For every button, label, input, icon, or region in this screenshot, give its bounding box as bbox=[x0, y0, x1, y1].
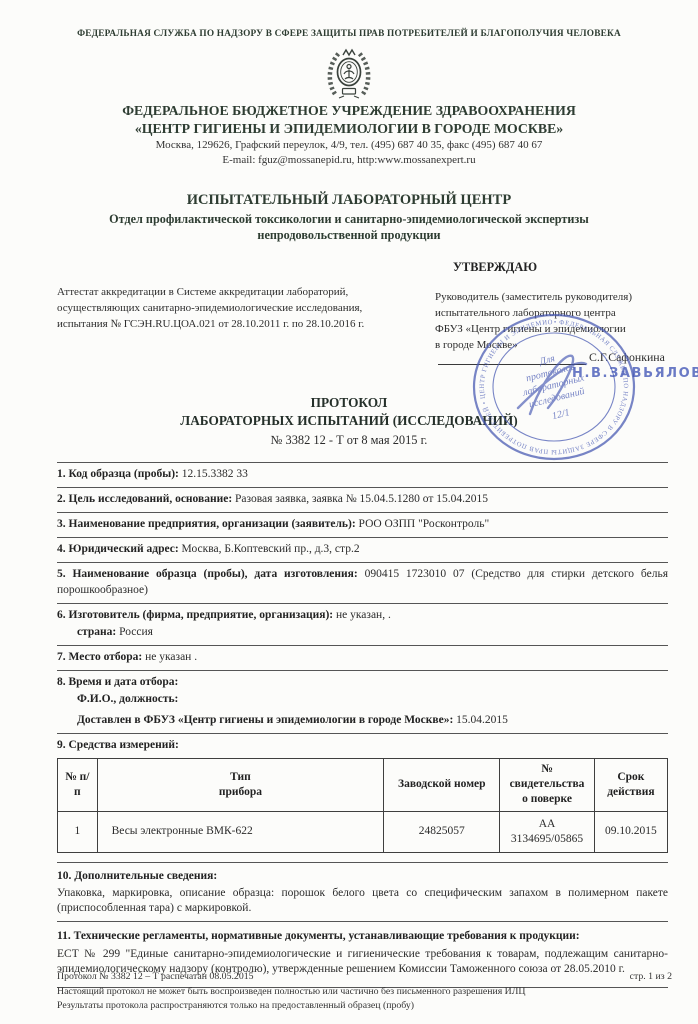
item-1-sample-code: 1. Код образца (пробы): 12.15.3382 33 bbox=[57, 463, 668, 488]
cell-serial: 24825057 bbox=[384, 811, 500, 852]
cell-certificate: АА 3134695/05865 bbox=[500, 811, 595, 852]
dept-line2: непродовольственной продукции bbox=[0, 227, 698, 243]
item-4-value: Москва, Б.Коптевский пр., д.3, стр.2 bbox=[182, 543, 360, 555]
accreditation-line1: Аттестат аккредитации в Системе аккредит… bbox=[57, 285, 409, 301]
item-6-label: 6. Изготовитель (фирма, предприятие, орг… bbox=[57, 609, 333, 621]
item-5-label: 5. Наименование образца (пробы), дата из… bbox=[57, 568, 358, 580]
accreditation-block: Аттестат аккредитации в Системе аккредит… bbox=[57, 285, 409, 354]
protocol-body: 1. Код образца (пробы): 12.15.3382 33 2.… bbox=[57, 462, 668, 988]
item-3-label: 3. Наименование предприятия, организации… bbox=[57, 518, 356, 530]
item-1-value: 12.15.3382 33 bbox=[182, 468, 248, 480]
footer-disclaimer-line1: Настоящий протокол не может быть воспрои… bbox=[57, 985, 672, 1000]
facsimile-name-overlay: Н.В.ЗАВЬЯЛОВ bbox=[572, 366, 698, 381]
item-3-value: РОО ОЗПП "Росконтроль" bbox=[359, 518, 490, 530]
item-9-instruments: 9. Средства измерений: № п/п Тип прибора… bbox=[57, 734, 668, 862]
item-6-manufacturer: 6. Изготовитель (фирма, предприятие, орг… bbox=[57, 604, 668, 646]
item-2-value: Разовая заявка, заявка № 15.04.5.1280 от… bbox=[235, 493, 488, 505]
col-header-validity: Срок действия bbox=[594, 758, 667, 811]
protocol-title-line1: ПРОТОКОЛ bbox=[0, 394, 698, 412]
org-email: E-mail: fguz@mossanepid.ru, http:www.mos… bbox=[0, 153, 698, 168]
item-2-purpose: 2. Цель исследований, основание: Разовая… bbox=[57, 488, 668, 513]
item-8-sampling-time: 8. Время и дата отбора: Ф.И.О., должност… bbox=[57, 671, 668, 734]
instruments-table-row: 1 Весы электронные ВМК-622 24825057 АА 3… bbox=[58, 811, 668, 852]
approval-line1: Руководитель (заместитель руководителя) bbox=[435, 290, 670, 306]
item-7-value: не указан . bbox=[145, 651, 197, 663]
footer-page-number: стр. 1 из 2 bbox=[630, 970, 672, 985]
col-header-num: № п/п bbox=[58, 758, 98, 811]
approval-line3: ФБУЗ «Центр гигиены и эпидемиологии bbox=[435, 322, 670, 338]
org-name-line2: «ЦЕНТР ГИГИЕНЫ И ЭПИДЕМИОЛОГИИ В ГОРОДЕ … bbox=[0, 120, 698, 138]
approval-line2: испытательного лабораторного центра bbox=[435, 306, 670, 322]
emblem-container bbox=[0, 44, 698, 102]
item-1-label: 1. Код образца (пробы): bbox=[57, 468, 179, 480]
item-3-applicant: 3. Наименование предприятия, организации… bbox=[57, 513, 668, 538]
accreditation-line3: испытания № ГСЭН.RU.ЦОА.021 от 28.10.201… bbox=[57, 317, 409, 333]
item-7-sampling-place: 7. Место отбора: не указан . bbox=[57, 646, 668, 671]
org-address: Москва, 129626, Графский переулок, 4/9, … bbox=[0, 138, 698, 153]
col-header-serial: Заводской номер bbox=[384, 758, 500, 811]
signature-line bbox=[438, 364, 586, 365]
item-2-label: 2. Цель исследований, основание: bbox=[57, 493, 232, 505]
protocol-title-block: ПРОТОКОЛ ЛАБОРАТОРНЫХ ИСПЫТАНИЙ (ИССЛЕДО… bbox=[0, 394, 698, 449]
approval-block: УТВЕРЖДАЮ Руководитель (заместитель руко… bbox=[435, 259, 670, 354]
cell-validity: 09.10.2015 bbox=[594, 811, 667, 852]
accreditation-line2: осуществляющих санитарно-эпидемиологичес… bbox=[57, 301, 409, 317]
cell-device-type: Весы электронные ВМК-622 bbox=[97, 811, 384, 852]
instruments-table: № п/п Тип прибора Заводской номер № свид… bbox=[57, 758, 668, 853]
department-subtitle: Отдел профилактической токсикологии и са… bbox=[0, 211, 698, 244]
item-9-label: 9. Средства измерений: bbox=[57, 739, 179, 751]
footer-printed-line: Протокол № 3382 12 – Т распечатан 08.05.… bbox=[57, 970, 254, 985]
item-7-label: 7. Место отбора: bbox=[57, 651, 142, 663]
item-6-country-label: страна: bbox=[77, 626, 116, 638]
approve-header: УТВЕРЖДАЮ bbox=[453, 259, 670, 277]
col-header-device-type: Тип прибора bbox=[97, 758, 384, 811]
page-footer: Протокол № 3382 12 – Т распечатан 08.05.… bbox=[57, 970, 672, 1014]
item-10-text: Упаковка, маркировка, описание образца: … bbox=[57, 886, 668, 916]
dept-line1: Отдел профилактической токсикологии и са… bbox=[0, 211, 698, 227]
footer-disclaimer-line2: Результаты протокола распространяются то… bbox=[57, 999, 672, 1014]
protocol-number-date: № 3382 12 - Т от 8 мая 2015 г. bbox=[0, 432, 698, 449]
signer-name: С.Г.Сафонкина bbox=[589, 350, 665, 365]
rospotrebnadzor-emblem-icon bbox=[323, 44, 375, 102]
item-10-additional-info: 10. Дополнительные сведения: Упаковка, м… bbox=[57, 862, 668, 923]
item-8-fio-label: Ф.И.О., должность: bbox=[77, 693, 178, 705]
agency-header: ФЕДЕРАЛЬНАЯ СЛУЖБА ПО НАДЗОРУ В СФЕРЕ ЗА… bbox=[0, 0, 698, 39]
item-8-delivered-label: Доставлен в ФБУЗ «Центр гигиены и эпидем… bbox=[77, 714, 453, 726]
instruments-table-header-row: № п/п Тип прибора Заводской номер № свид… bbox=[58, 758, 668, 811]
item-8-delivered-value: 15.04.2015 bbox=[456, 714, 508, 726]
cell-num: 1 bbox=[58, 811, 98, 852]
accreditation-approval-section: Аттестат аккредитации в Системе аккредит… bbox=[57, 259, 670, 354]
organization-name: ФЕДЕРАЛЬНОЕ БЮДЖЕТНОЕ УЧРЕЖДЕНИЕ ЗДРАВОО… bbox=[0, 102, 698, 138]
protocol-document-page: ФЕДЕРАЛЬНАЯ СЛУЖБА ПО НАДЗОРУ В СФЕРЕ ЗА… bbox=[0, 0, 698, 1024]
item-11-label: 11. Технические регламенты, нормативные … bbox=[57, 930, 580, 942]
lab-center-title: ИСПЫТАТЕЛЬНЫЙ ЛАБОРАТОРНЫЙ ЦЕНТР bbox=[0, 192, 698, 209]
item-8-label: 8. Время и дата отбора: bbox=[57, 676, 178, 688]
item-5-sample-name: 5. Наименование образца (пробы), дата из… bbox=[57, 563, 668, 603]
protocol-title-line2: ЛАБОРАТОРНЫХ ИСПЫТАНИЙ (ИССЛЕДОВАНИЙ) bbox=[0, 412, 698, 430]
col-header-certificate: № свидетельства о поверке bbox=[500, 758, 595, 811]
item-4-legal-address: 4. Юридический адрес: Москва, Б.Коптевск… bbox=[57, 538, 668, 563]
item-6-country-value: Россия bbox=[119, 626, 153, 638]
item-6-value: не указан, . bbox=[336, 609, 391, 621]
org-name-line1: ФЕДЕРАЛЬНОЕ БЮДЖЕТНОЕ УЧРЕЖДЕНИЕ ЗДРАВОО… bbox=[0, 102, 698, 120]
item-4-label: 4. Юридический адрес: bbox=[57, 543, 179, 555]
stamp-center-line1: Для bbox=[538, 353, 557, 368]
item-10-label: 10. Дополнительные сведения: bbox=[57, 870, 217, 882]
